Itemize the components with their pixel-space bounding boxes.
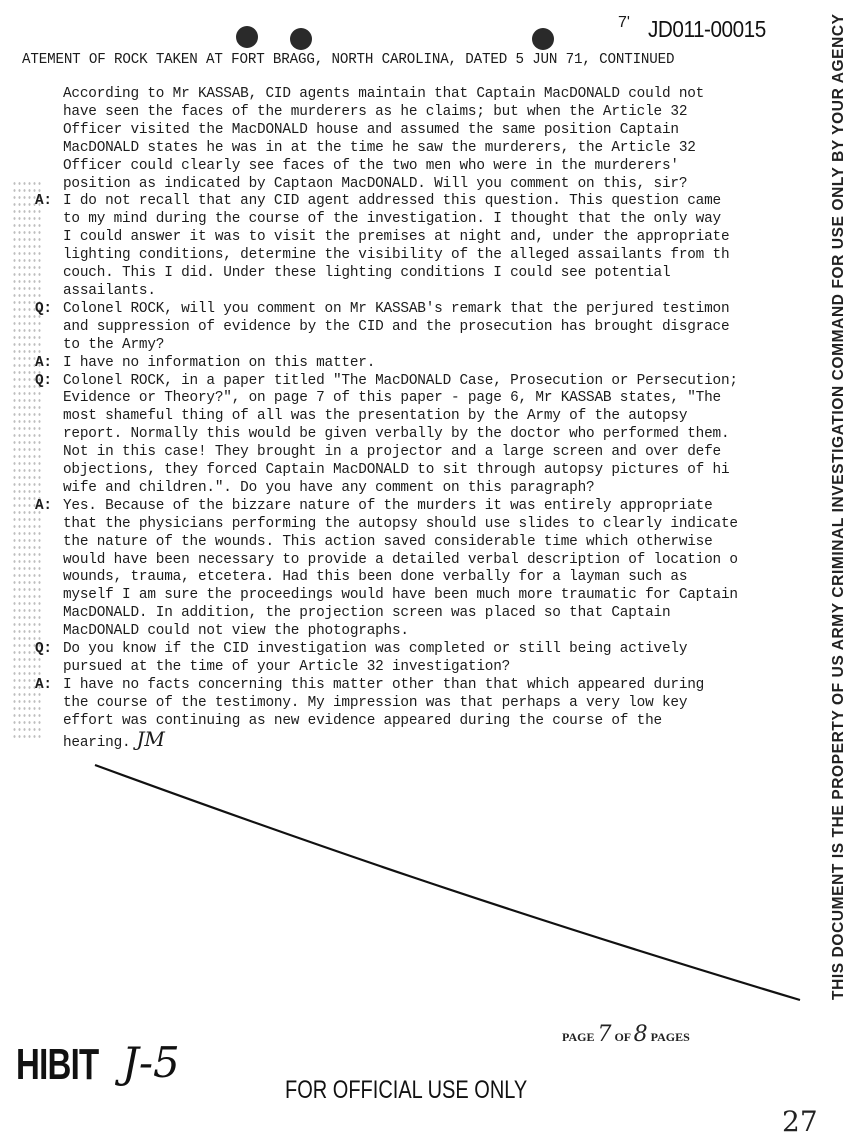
page-total: 8 (634, 1022, 648, 1047)
page-suffix: PAGES (651, 1030, 690, 1044)
page-count: PAGE 7 OF 8 PAGES (562, 1022, 690, 1047)
official-use-footer: FOR OFFICIAL USE ONLY (285, 1076, 527, 1105)
page-of: OF (614, 1030, 630, 1044)
page-current: 7 (597, 1022, 611, 1047)
exhibit-stamp: HIBIT (16, 1040, 98, 1090)
page-prefix: PAGE (562, 1030, 594, 1044)
side-property-stamp: THIS DOCUMENT IS THE PROPERTY OF US ARMY… (830, 13, 848, 1000)
strike-through-line (0, 0, 860, 1140)
corner-mark: 27 (782, 1105, 818, 1138)
exhibit-number: J-5 (122, 1038, 180, 1087)
document-page: 7' JD011-00015 ATEMENT OF ROCK TAKEN AT … (0, 0, 860, 1140)
